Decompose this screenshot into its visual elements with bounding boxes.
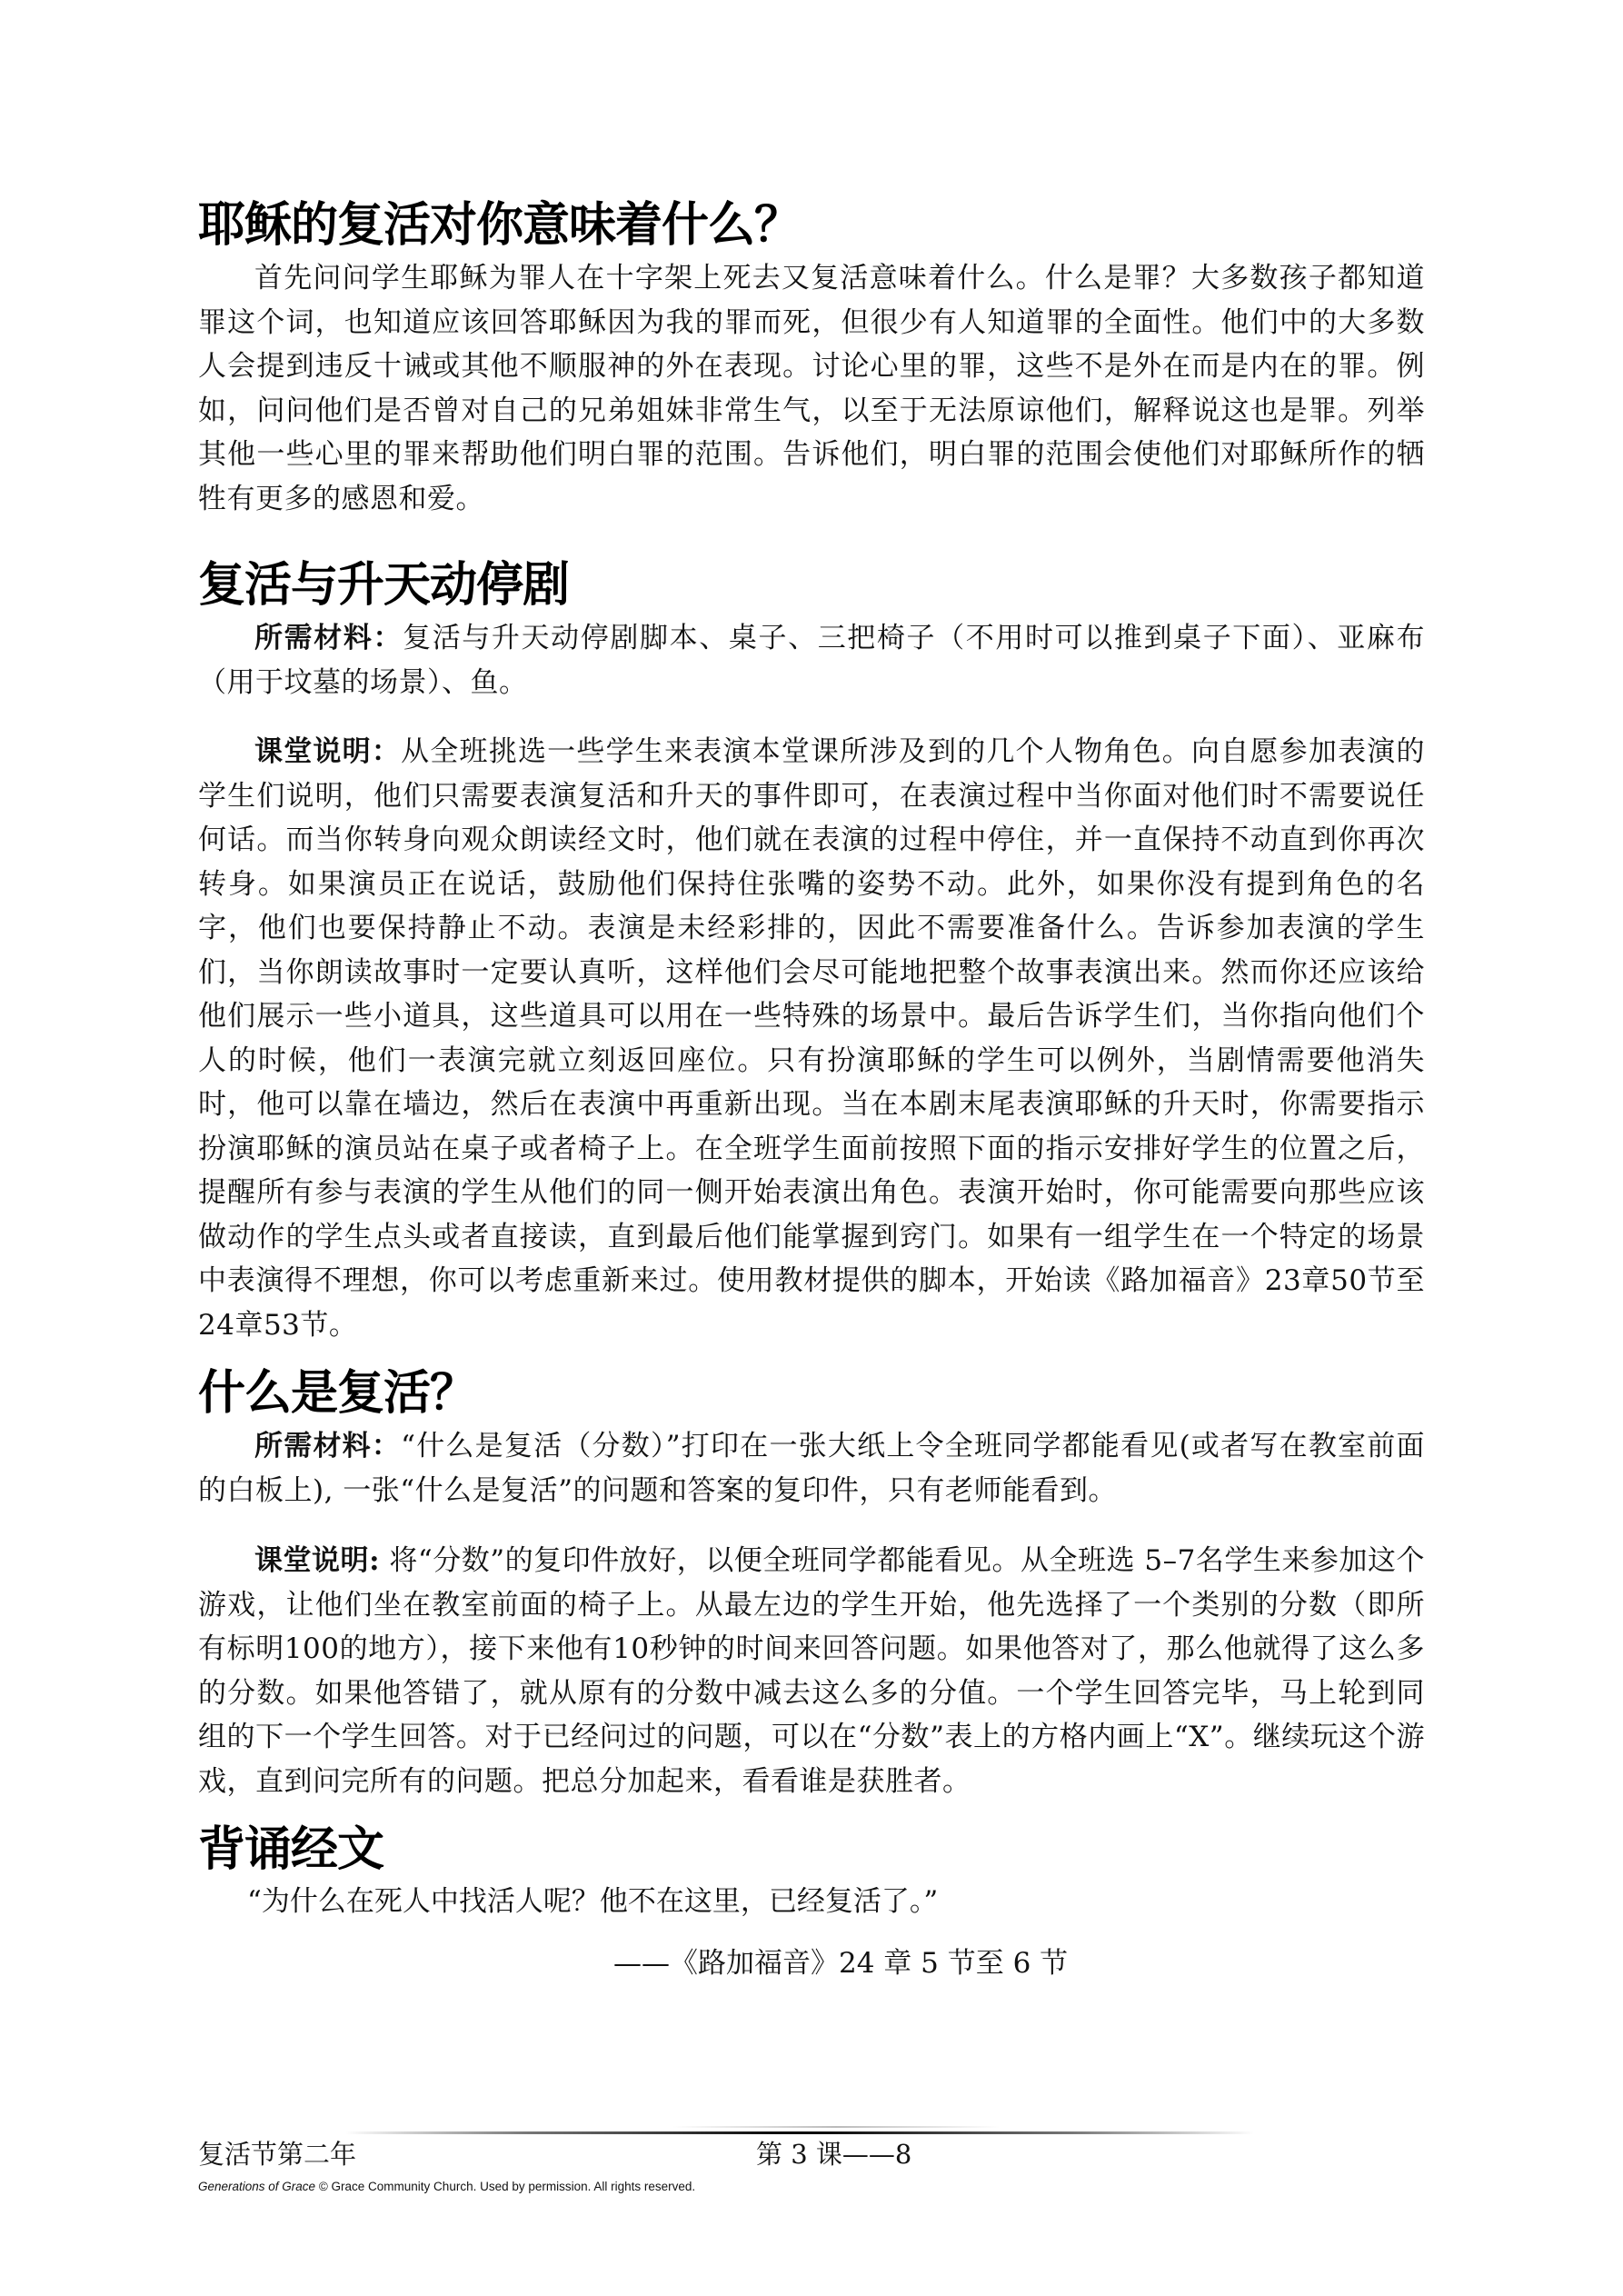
copyright-title: Generations of Grace bbox=[198, 2180, 315, 2193]
section-heading-memory-verse: 背诵经文 bbox=[198, 1822, 383, 1877]
paragraph-text: 首先问问学生耶稣为罪人在十字架上死去又复活意味着什么。什么是罪？大多数孩子都知道… bbox=[198, 262, 1425, 515]
paragraph-drama-materials: 所需材料：复活与升天动停剧脚本、桌子、三把椅子（不用时可以推到桌子下面）、亚麻布… bbox=[198, 616, 1425, 704]
paragraph-game-materials: 所需材料：“什么是复活（分数）”打印在一张大纸上令全班同学都能看见(或者写在教室… bbox=[198, 1424, 1425, 1512]
footer-divider-highlight bbox=[672, 2126, 1000, 2128]
copyright-text: © Grace Community Church. Used by permis… bbox=[315, 2180, 695, 2193]
paragraph-text: 从全班挑选一些学生来表演本堂课所涉及到的几个人物角色。向自愿参加表演的学生们说明… bbox=[198, 735, 1425, 1342]
section-heading-meaning: 耶稣的复活对你意味着什么？ bbox=[198, 198, 801, 253]
label-materials: 所需材料： bbox=[254, 622, 403, 654]
paragraph-drama-instructions: 课堂说明：从全班挑选一些学生来表演本堂课所涉及到的几个人物角色。向自愿参加表演的… bbox=[198, 730, 1425, 1347]
memory-verse: “为什么在死人中找活人呢？他不在这里，已经复活了。” bbox=[247, 1880, 938, 1923]
paragraph-text: 将“分数”的复印件放好，以便全班同学都能看见。从全班选 5–7名学生来参加这个游… bbox=[198, 1544, 1425, 1798]
section-heading-drama: 复活与升天动停剧 bbox=[198, 558, 569, 613]
label-materials: 所需材料： bbox=[254, 1430, 401, 1462]
label-instructions: 课堂说明： bbox=[254, 735, 401, 768]
paragraph-game-instructions: 课堂说明: 将“分数”的复印件放好，以便全班同学都能看见。从全班选 5–7名学生… bbox=[198, 1539, 1425, 1803]
footer-series-title: 复活节第二年 bbox=[198, 2138, 356, 2171]
verse-reference: ——《路加福音》24 章 5 节至 6 节 bbox=[613, 1942, 1068, 1985]
footer-divider bbox=[345, 2131, 1254, 2134]
copyright-notice: Generations of Grace © Grace Community C… bbox=[198, 2180, 695, 2194]
paragraph-meaning: 首先问问学生耶稣为罪人在十字架上死去又复活意味着什么。什么是罪？大多数孩子都知道… bbox=[198, 256, 1425, 521]
footer-page-number: 第 3 课——8 bbox=[756, 2138, 911, 2171]
label-instructions: 课堂说明: bbox=[254, 1544, 380, 1577]
section-heading-what-is-resurrection: 什么是复活？ bbox=[198, 1366, 476, 1421]
